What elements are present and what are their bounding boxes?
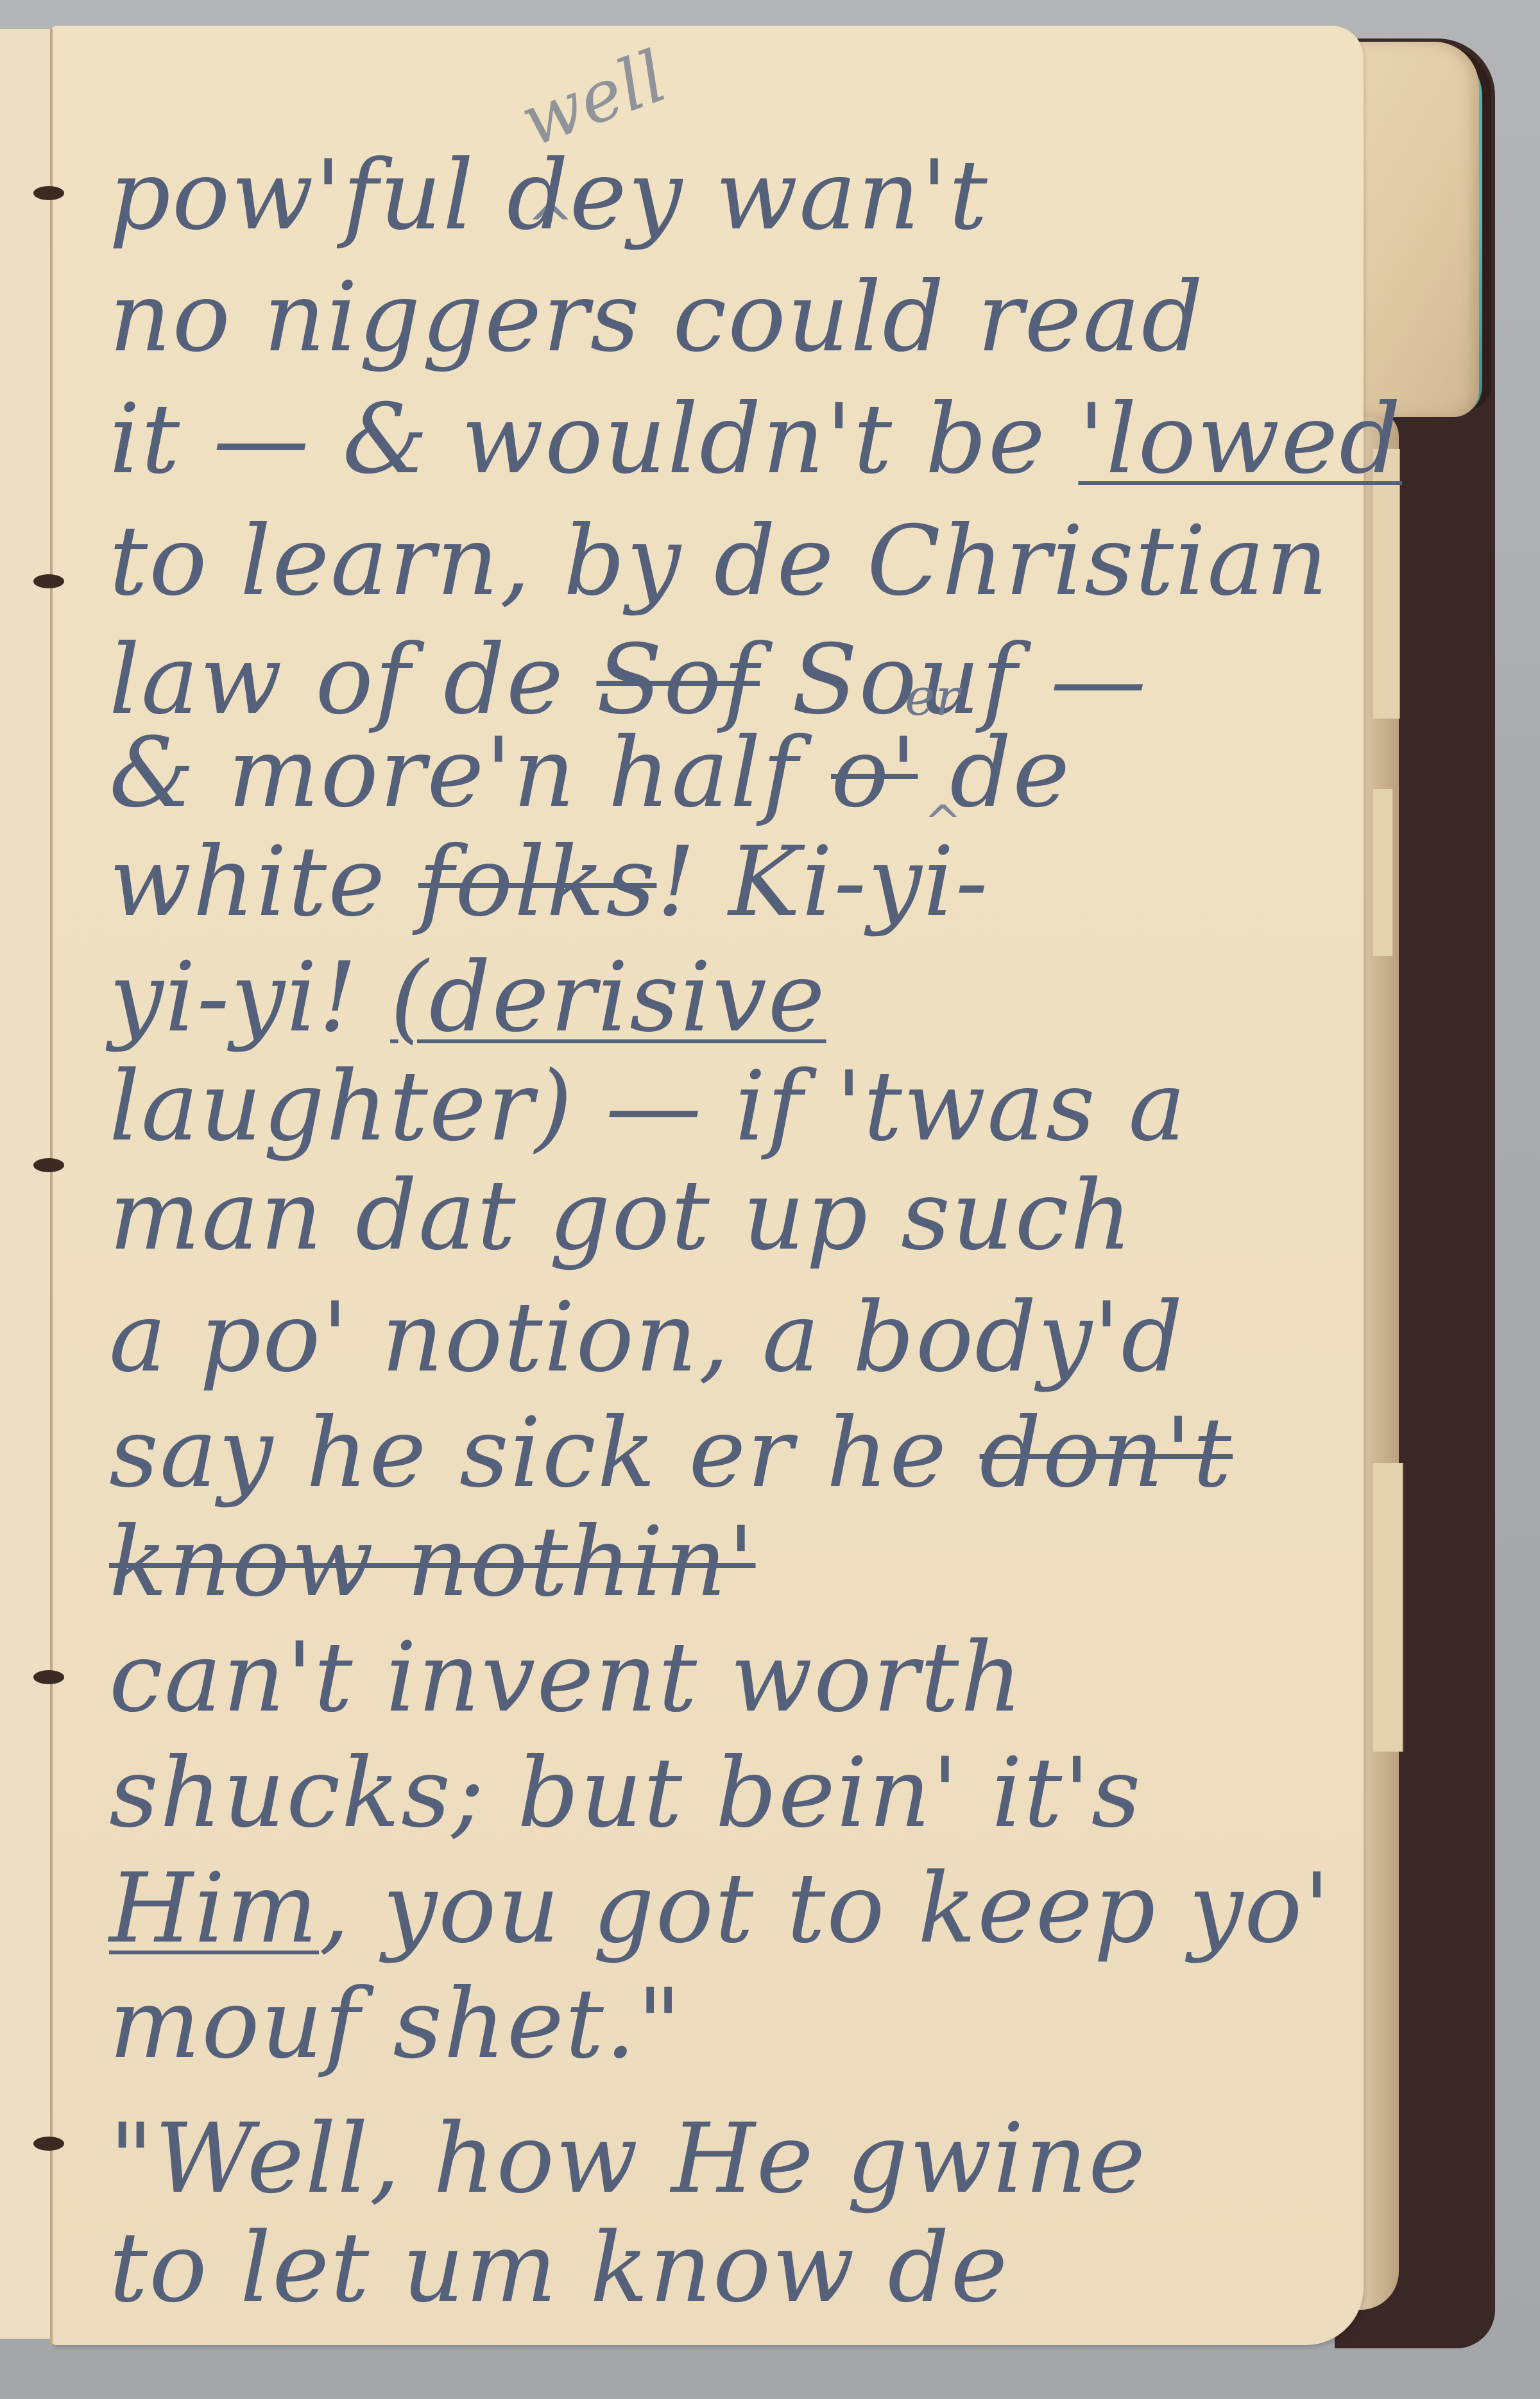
manuscript-line: mouf shet."	[109, 1976, 683, 2072]
manuscript-line: law of de Sof Souf —	[109, 632, 1148, 728]
manuscript-line: shucks; but bein' it's	[109, 1745, 1142, 1841]
manuscript-line: pow'ful dey wan't	[109, 148, 989, 244]
struck-word: folks	[418, 826, 657, 938]
page-edge-tab	[1373, 1463, 1403, 1752]
manuscript-line: yi-yi! (derisive	[109, 950, 826, 1046]
manuscript-line: man dat got up such	[109, 1168, 1133, 1264]
page-edge-tab	[1373, 789, 1394, 956]
stitch-hole	[33, 1670, 64, 1684]
binding-gutter	[50, 29, 53, 2345]
manuscript-line: it — & wouldn't be 'lowed	[109, 391, 1402, 488]
manuscript-line: laughter) — if 'twas a	[109, 1059, 1187, 1155]
stitch-hole	[33, 186, 64, 200]
manuscript-line: to learn, by de Christian	[109, 513, 1329, 610]
manuscript-line: & more'n half o' de	[109, 725, 1071, 821]
stitch-hole	[33, 574, 64, 588]
manuscript-line: can't invent worth	[109, 1630, 1023, 1726]
manuscript-line: to let um know de	[109, 2220, 1009, 2316]
manuscript-line: a po' notion, a body'd	[109, 1290, 1184, 1386]
manuscript-line: say he sick er he don't	[109, 1405, 1233, 1501]
struck-word: o'	[831, 717, 918, 829]
manuscript-line: Him, you got to keep yo'	[109, 1861, 1331, 1957]
manuscript-line: no niggers could read	[109, 269, 1204, 366]
manuscript-line: "Well, how He gwine	[109, 2111, 1147, 2207]
manuscript-line: know nothin'	[109, 1514, 756, 1610]
struck-word: don't	[980, 1397, 1233, 1509]
manuscript-line: white folks! Ki-yi-	[109, 834, 989, 930]
stitch-hole	[33, 2137, 64, 2151]
left-page-sliver	[0, 29, 53, 2339]
stitch-hole	[33, 1158, 64, 1172]
struck-word: know nothin'	[109, 1507, 756, 1618]
